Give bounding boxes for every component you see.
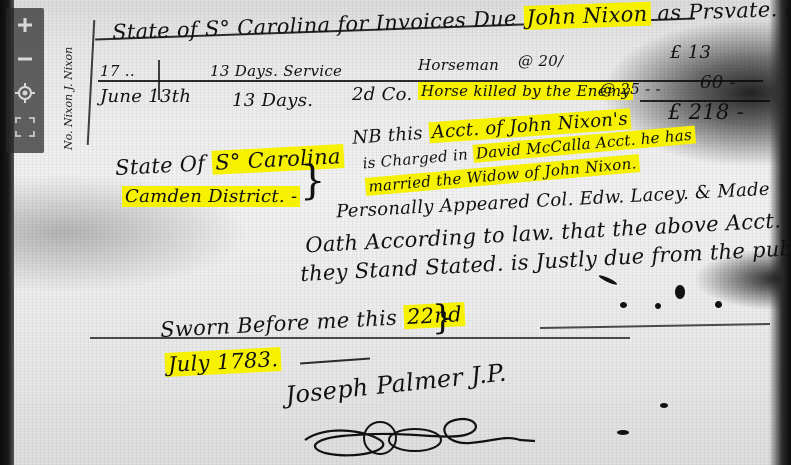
ink-blot [617,430,629,435]
viewer-control-bar [6,8,44,153]
header-name-highlight: John Nixon [523,2,651,30]
brace-icon: } [300,158,326,204]
ledger-row2-date: June 13th [100,86,191,107]
ledger-row1-rank: Horseman [418,56,499,74]
ledger-row1-amount: £ 13 [670,42,711,63]
jurisdiction-district-highlight: Camden District. - [122,186,300,207]
zoom-out-button[interactable] [6,42,44,76]
jurisdiction-line2: Camden District. - [122,186,300,207]
ledger-row2-days: 13 Days. [232,90,313,111]
plus-icon [17,17,33,33]
ink-blot [715,301,722,308]
brace-icon: } [432,298,454,338]
margin-note: No. Nixon J. Nixon [62,47,75,150]
locate-button[interactable] [6,76,44,110]
document-viewer[interactable]: No. Nixon J. Nixon State of S° Carolina … [0,0,791,465]
ledger-row1-entry: 13 Days. Service [210,62,342,80]
fullscreen-icon [14,116,36,138]
crosshair-icon [15,83,35,103]
signature-flourish-icon [295,405,535,465]
ledger-row2-prefix: 2d Co. [352,84,413,105]
ledger-row1-date: 17 .. [100,62,135,80]
ledger-row1-rate: @ 20/ [518,52,563,70]
ledger-row2-amount: 60 - [700,72,736,93]
ink-blot [660,403,668,408]
ledger-total: £ 218 - [668,100,744,124]
ledger-row2-rate: @ 25 - - [600,80,661,98]
ink-blot [620,302,627,308]
minus-icon [17,51,33,67]
ink-blot [675,285,685,299]
fullscreen-button[interactable] [6,110,44,144]
jurisdiction-prefix: State Of [115,151,206,180]
ink-blot [655,303,661,309]
zoom-in-button[interactable] [6,8,44,42]
